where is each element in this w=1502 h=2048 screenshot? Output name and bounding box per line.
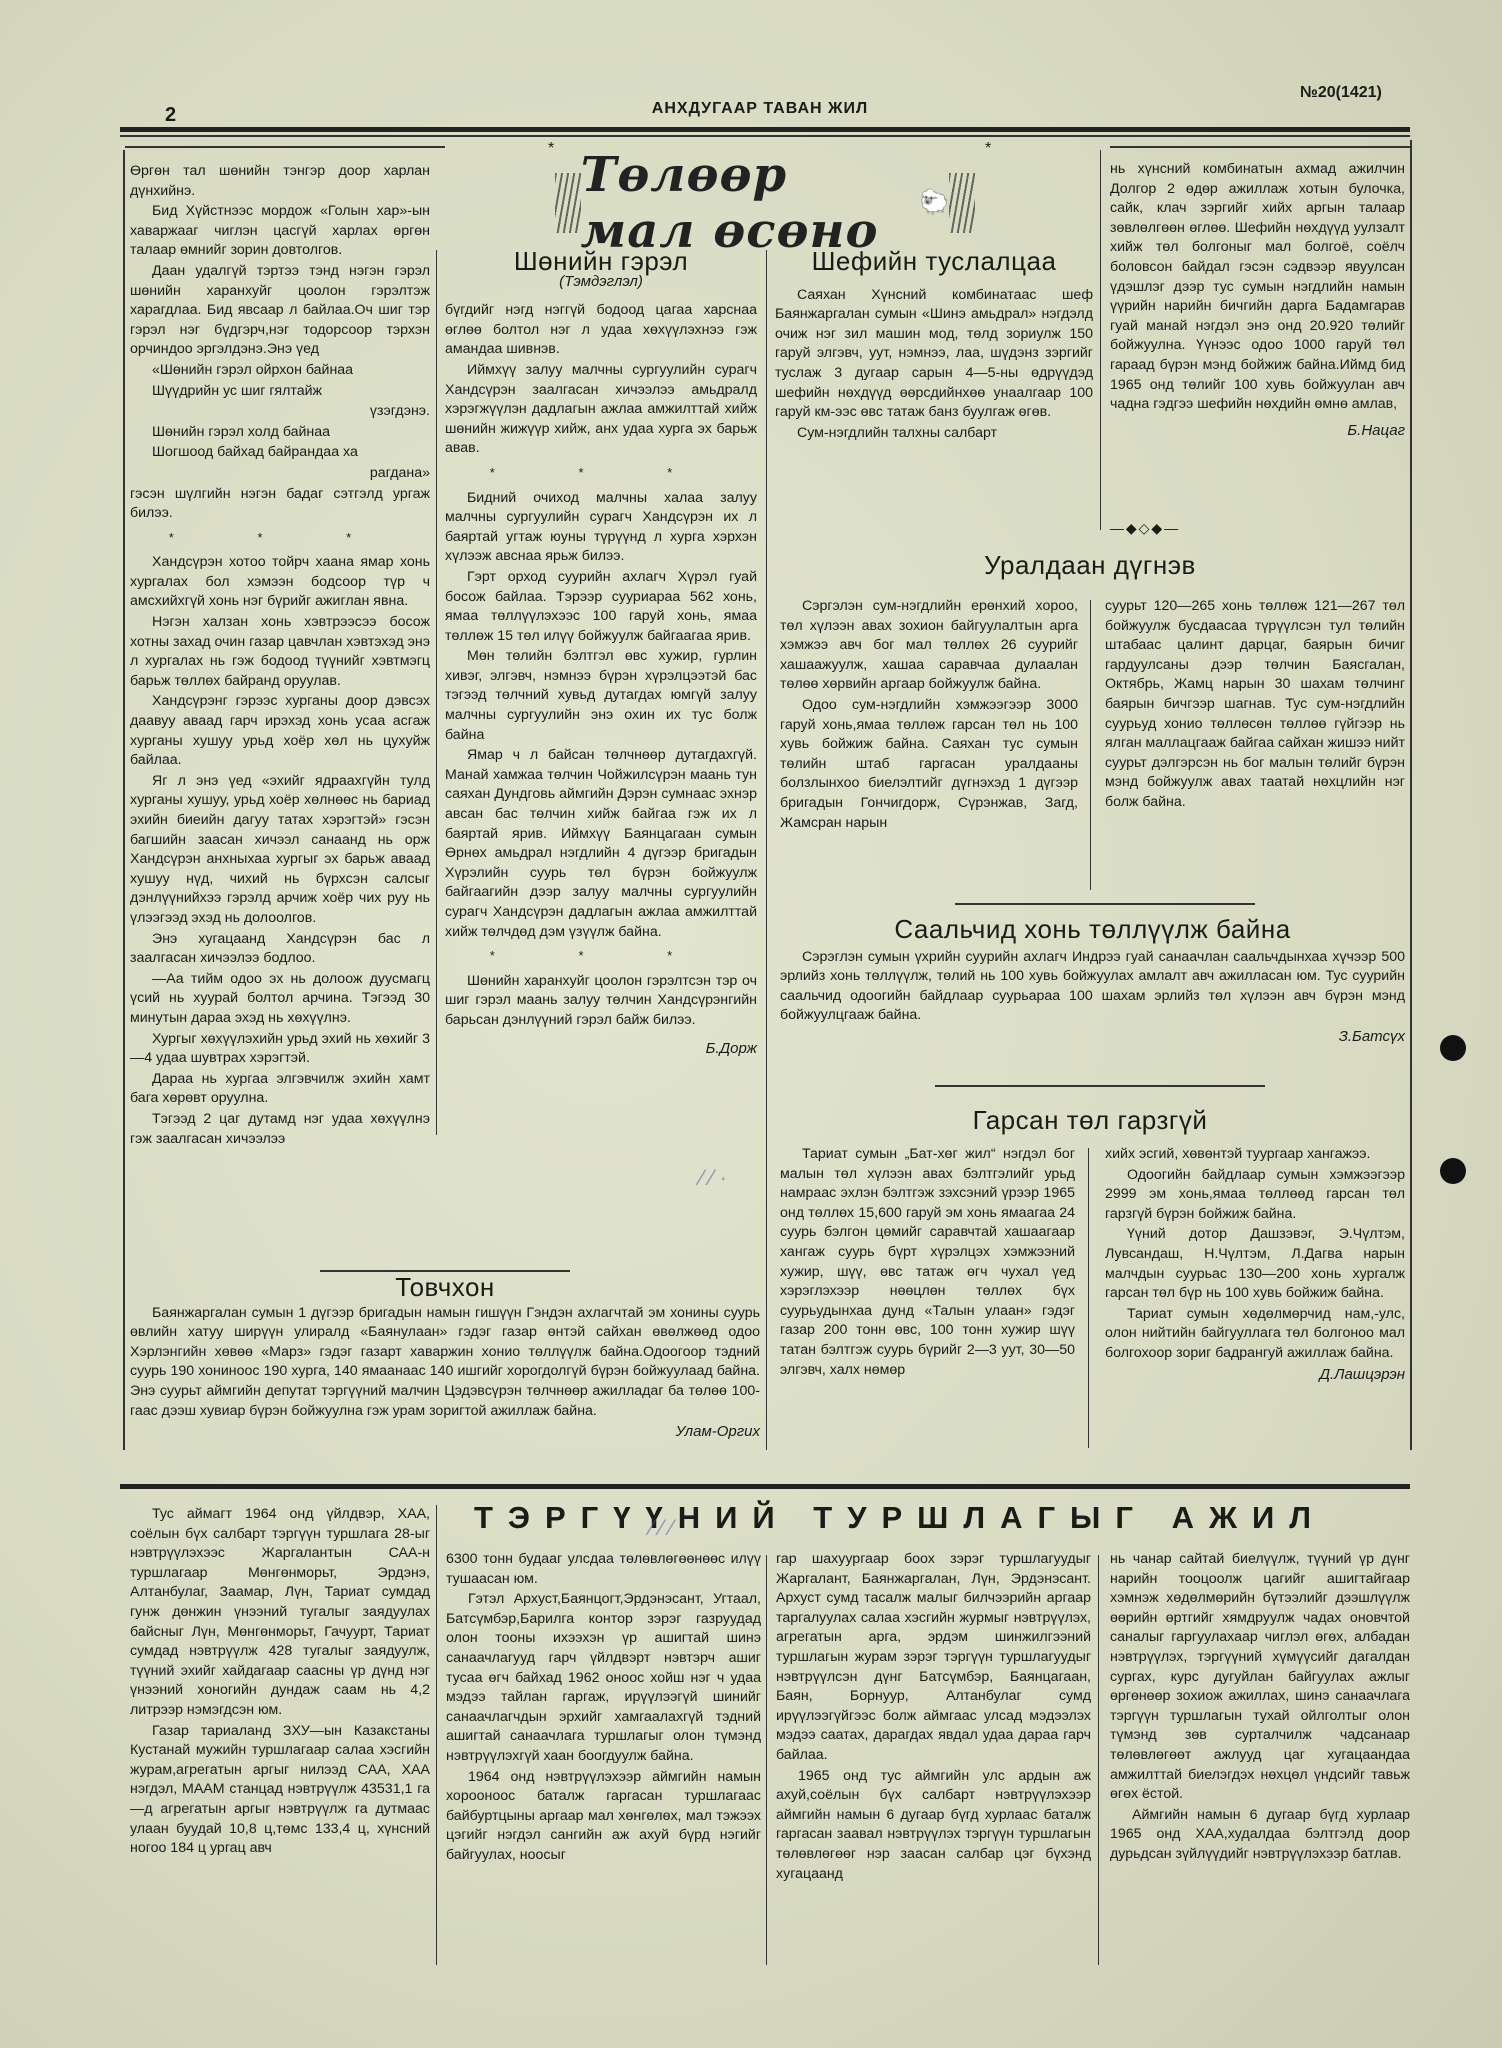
paragraph: Аймгийн намын 6 дугаар бүгд хурлаар 1965…	[1110, 1806, 1410, 1865]
poem-line: Шүүдрийн ус шиг гялтайж	[130, 382, 430, 402]
issue-number: №20(1421)	[1300, 84, 1382, 102]
byline: Б.Дорж	[445, 1039, 757, 1059]
paragraph: гар шахуургаар боох зэрэг туршлагуудыг Ж…	[776, 1550, 1091, 1766]
chef-help-continued: нь хүнсний комбинатын ахмад ажилчин Долг…	[1110, 160, 1405, 440]
night-light-column-2: Шөнийн гэрэл (Тэмдэглэл) бүгдийг нэгд нэ…	[445, 252, 757, 1058]
column-divider	[1090, 600, 1091, 890]
paragraph: Ямар ч л байсан төлчнөөр дутагдахгүй. Ма…	[445, 746, 757, 942]
no-loss-column-1: Тариат сумын „Бат-хөг жил“ нэгдэл бог ма…	[780, 1145, 1075, 1381]
paragraph: Сэрэглэн сумын үхрийн суурийн ахлагч Инд…	[780, 948, 1405, 1026]
paragraph: Тариат сумын „Бат-хөг жил“ нэгдэл бог ма…	[780, 1145, 1075, 1380]
paragraph: Одоо сум-нэгдлийн хэмжээгээр 3000 гаруй …	[780, 696, 1078, 833]
paragraph: Гэрт орход суурийн ахлагч Хүрэл гуай бос…	[445, 568, 757, 646]
paragraph: бүгдийг нэгд нэггүй бодоод цагаа харснаа…	[445, 301, 757, 360]
paragraph: Тариат сумын хөдөлмөрчид нам,-улс, олон …	[1105, 1305, 1405, 1364]
ink-stamp-mark: ⁄ ⁄ ·	[700, 1165, 727, 1191]
paragraph: Нэгэн халзан хонь хэвтрээсээ босож хотны…	[130, 613, 430, 691]
night-light-column-1: Өргөн тал шөнийн тэнгэр доор харлан дүнх…	[130, 162, 430, 1150]
paragraph: Бид Хүйстнээс мордож «Голын хар»-ын хава…	[130, 202, 430, 261]
hatch-decoration	[949, 173, 975, 233]
paragraph: Тус аймагт 1964 онд үйлдвэр, ХАА, соёлын…	[130, 1505, 430, 1721]
column-divider	[766, 250, 767, 1450]
paragraph: 1964 онд нэвтрүүлэхээр аймгийн намын хор…	[446, 1768, 761, 1866]
leading-experience-column-4: нь чанар сайтай биелүүлж, түүний үр дүнг…	[1110, 1550, 1410, 1866]
column-divider	[436, 1505, 437, 1965]
asterisk-decoration: *	[985, 140, 991, 158]
paragraph: нь чанар сайтай биелүүлж, түүний үр дүнг…	[1110, 1550, 1410, 1805]
paragraph: суурьт 120—265 хонь төллөж 121—267 төл б…	[1105, 597, 1405, 813]
hatch-decoration	[555, 173, 581, 233]
column-top-rule	[1110, 146, 1410, 148]
paragraph: Сэргэлэн сум-нэгдлийн ерөнхий хороо, төл…	[780, 597, 1078, 695]
article-headline: Товчхон	[130, 1278, 760, 1298]
header-rule-thin	[120, 135, 1410, 137]
bottom-section-rule	[120, 1484, 1410, 1489]
paragraph: Сум-нэгдлийн талхны салбарт	[775, 424, 1093, 444]
masthead: АНХДУГААР ТАВАН ЖИЛ	[560, 100, 960, 118]
brief-article: Товчхон Баянжаргалан сумын 1 дүгээр бриг…	[130, 1278, 760, 1442]
paragraph: Өргөн тал шөнийн тэнгэр доор харлан дүнх…	[130, 162, 430, 201]
paragraph: Үүний дотор Дашзэвэг, Э.Чүлтэм, Лувсанда…	[1105, 1225, 1405, 1303]
contest-article: Уралдаан дүгнэв	[775, 550, 1405, 591]
poem-line: Шогшоод байхад байрандаа ха	[130, 443, 430, 463]
paragraph: нь хүнсний комбинатын ахмад ажилчин Долг…	[1110, 160, 1405, 415]
paragraph: Хандсүрэнг гэрээс хурганы доор дэвсэх да…	[130, 692, 430, 770]
paragraph: Бидний очиход малчны халаа залуу малчны …	[445, 489, 757, 567]
byline: Д.Лашцэрэн	[1105, 1365, 1405, 1385]
section-separator: * * *	[445, 463, 757, 483]
paragraph: Яг л энэ үед «эхийг ядраахгүйн тулд хург…	[130, 772, 430, 929]
section-logo-title: Төлөөр мал өсөно	[581, 147, 916, 259]
paragraph: Энэ хугацаанд Хандсүрэн бас л заалгасан …	[130, 930, 430, 969]
column-divider	[1100, 150, 1101, 530]
section-separator: * * *	[445, 946, 757, 966]
paragraph: Хургыг хөхүүлэхийн урьд эхий нь хөхийг 3…	[130, 1030, 430, 1069]
column-divider	[766, 1555, 767, 1965]
poem-line: үзэгдэнэ.	[130, 402, 430, 422]
poem-line: «Шөнийн гэрэл ойрхон байнаа	[130, 361, 430, 381]
frame-left-rule	[123, 150, 125, 1450]
livestock-illustration-icon: 🐑	[919, 188, 949, 217]
paragraph: Газар тариаланд ЗХУ—ын Казакстаны Кустан…	[130, 1722, 430, 1859]
paragraph: Одоогийн байдлаар сумын хэмжээгээр 2999 …	[1105, 1166, 1405, 1225]
paragraph: Баянжаргалан сумын 1 дүгээр бригадын нам…	[130, 1304, 760, 1422]
no-loss-column-2: хийх эсгий, хөвөнтэй туургаар хангажээ. …	[1105, 1145, 1405, 1384]
frame-right-rule	[1410, 140, 1412, 1450]
column-divider	[1088, 1148, 1089, 1448]
column-divider	[436, 250, 437, 1135]
header-rule	[120, 127, 1410, 132]
milkmaids-article: Саальчид хонь төллүүлж байна Сэрэглэн су…	[780, 920, 1405, 1047]
article-subheadline: (Тэмдэглэл)	[445, 272, 757, 292]
paragraph: Шөнийн харанхуйг цоолон гэрэлтсэн тэр оч…	[445, 972, 757, 1031]
chef-help-article: Шефийн туслалцаа Саяхан Хүнсний комбинат…	[775, 252, 1093, 444]
paragraph: Дараа нь хургаа элгэвчилж эхийн хамт баг…	[130, 1070, 430, 1109]
paragraph: хийх эсгий, хөвөнтэй туургаар хангажээ.	[1105, 1145, 1405, 1165]
paragraph: Хандсүрэн хотоо тойрч хаана ямар хонь ху…	[130, 553, 430, 612]
ornament-divider: —◆◇◆—	[1030, 520, 1260, 537]
column-top-rule	[125, 146, 445, 148]
paragraph: гэсэн шүлгийн нэгэн бадаг сэтгэлд ургаж …	[130, 485, 430, 524]
paragraph: Мөн төлийн бэлтгэл өвс хужир, гурлин хив…	[445, 647, 757, 745]
paragraph: 1965 онд тус аймгийн улс ардын аж ахуй,с…	[776, 1767, 1091, 1885]
no-loss-article: Гарсан төл гарзгүй	[775, 1105, 1405, 1136]
article-headline: Саальчид хонь төллүүлж байна	[780, 920, 1405, 940]
section-rule	[935, 1085, 1265, 1087]
paragraph: Даан удалгүй тэртээ тэнд нэгэн гэрэл шөн…	[130, 262, 430, 360]
punch-hole	[1440, 1035, 1466, 1061]
section-rule	[955, 903, 1255, 905]
paragraph: —Аа тийм одоо эх нь долоож дуусмагц үсий…	[130, 970, 430, 1029]
section-logo: Төлөөр мал өсөно 🐑	[555, 160, 975, 245]
leading-experience-column-2: 6300 тонн будааг улсдаа төлөвлөгөөнөөс и…	[446, 1550, 761, 1867]
contest-column-2: суурьт 120—265 хонь төллөж 121—267 төл б…	[1105, 597, 1405, 814]
leading-experience-column-1: Тус аймагт 1964 онд үйлдвэр, ХАА, соёлын…	[130, 1505, 430, 1860]
page-number: 2	[165, 104, 176, 127]
article-headline: Шефийн туслалцаа	[775, 252, 1093, 272]
byline: Б.Нацаг	[1110, 421, 1405, 441]
article-headline: ТЭРГҮҮНИЙ ТУРШЛАГЫГ АЖИЛ	[440, 1500, 1360, 1536]
paragraph: Иймхүү залуу малчны сургуулийн сурагч Ха…	[445, 361, 757, 459]
paragraph: Тэгээд 2 цаг дутамд нэг удаа хөхүүлнэ гэ…	[130, 1110, 430, 1149]
byline: З.Батсүх	[780, 1027, 1405, 1047]
section-separator: * * *	[130, 528, 430, 548]
poem-line: Шөнийн гэрэл холд байнаа	[130, 423, 430, 443]
asterisk-decoration: *	[548, 140, 554, 158]
contest-column-1: Сэргэлэн сум-нэгдлийн ерөнхий хороо, төл…	[780, 597, 1078, 834]
poem-line: рагдана»	[130, 464, 430, 484]
article-headline: Гарсан төл гарзгүй	[775, 1105, 1405, 1136]
article-headline: Шөнийн гэрэл	[445, 252, 757, 272]
punch-hole	[1440, 1158, 1466, 1184]
paragraph: Гэтэл Архуст,Баянцогт,Эрдэнэсант, Угтаал…	[446, 1590, 761, 1766]
paragraph: Саяхан Хүнсний комбинатаас шеф Баянжарга…	[775, 286, 1093, 423]
article-headline: Уралдаан дүгнэв	[775, 550, 1405, 581]
newspaper-page: 2 АНХДУГААР ТАВАН ЖИЛ №20(1421) * * Төлө…	[0, 0, 1502, 2048]
leading-experience-column-3: гар шахуургаар боох зэрэг туршлагуудыг Ж…	[776, 1550, 1091, 1885]
byline: Улам-Оргих	[130, 1422, 760, 1442]
column-divider	[1098, 1555, 1099, 1965]
ink-stamp-mark: ⁄ ⁄ ⁄	[650, 1515, 673, 1541]
paragraph: 6300 тонн будааг улсдаа төлөвлөгөөнөөс и…	[446, 1550, 761, 1589]
